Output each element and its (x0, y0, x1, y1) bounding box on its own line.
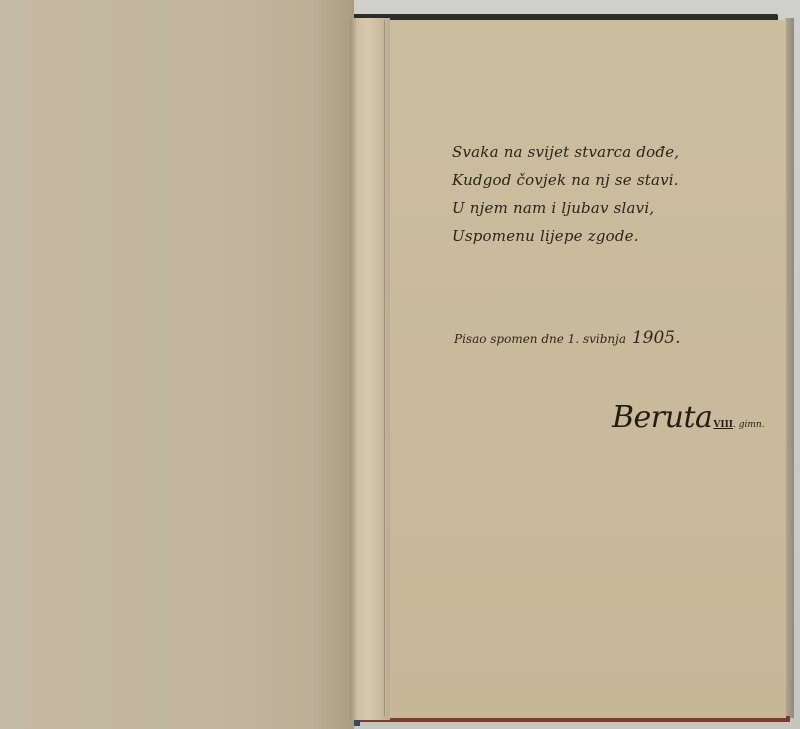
open-book: Svaka na svijet stvarca dođe, Kudgod čov… (0, 0, 800, 729)
poem-line-1: Svaka na svijet stvarca dođe, (452, 138, 692, 166)
poem-line-2: Kudgod čovjek na nj se stavi. (452, 166, 692, 194)
dedication-text: Pisao spomen dne 1. svibnja (454, 332, 626, 346)
page-fold-line (384, 20, 385, 716)
handwritten-poem: Svaka na svijet stvarca dođe, Kudgod čov… (452, 138, 692, 250)
signature-class: VIII. gimn. (713, 420, 764, 430)
book-cover-right-edge (785, 18, 794, 718)
signature: BerutaVIII. gimn. (612, 400, 765, 435)
poem-line-4: Uspomenu lijepe zgode. (452, 222, 692, 250)
signature-name: Beruta (612, 400, 712, 435)
class-suffix: . gimn. (733, 420, 765, 430)
dedication-year: 1905. (632, 328, 681, 348)
class-numeral: VIII (713, 420, 733, 430)
right-page (388, 20, 786, 718)
left-page-blank (0, 0, 354, 729)
dedication-line: Pisao spomen dne 1. svibnja 1905. (454, 328, 681, 348)
poem-line-3: U njem nam i ljubav slavi, (452, 194, 692, 222)
